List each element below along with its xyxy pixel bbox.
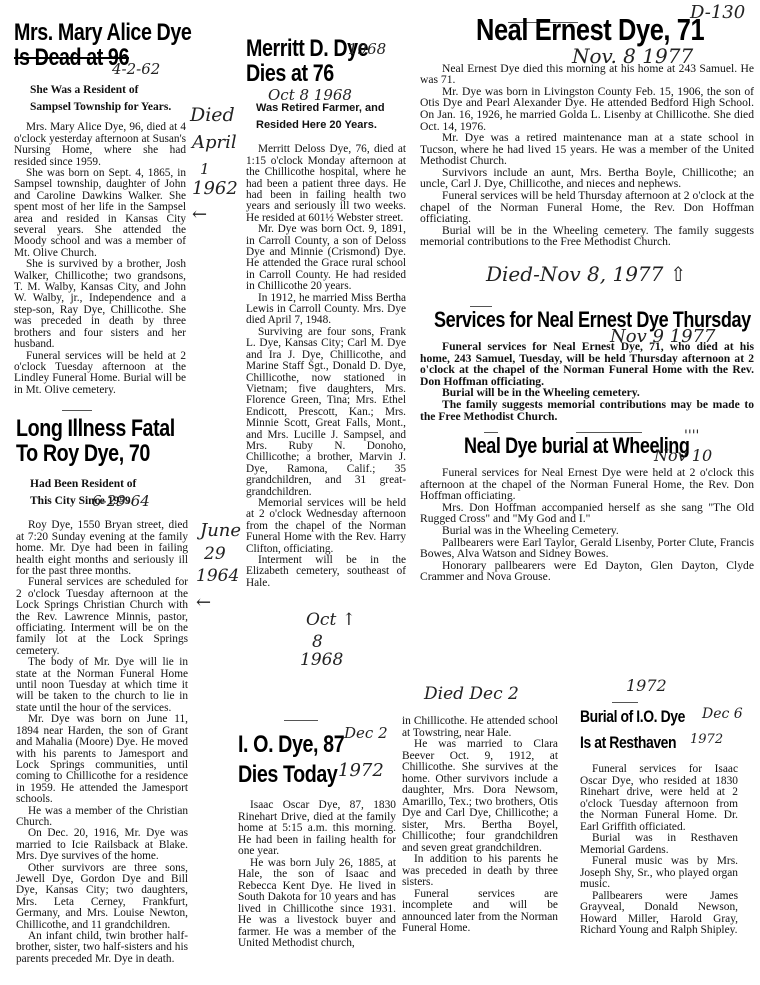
headline: Neal Ernest Dye, 71 [476, 14, 704, 47]
article-body: Funeral services for Isaac Oscar Dye, wh… [580, 764, 738, 937]
article-body: Mrs. Mary Alice Dye, 96, died at 4 o'clo… [14, 122, 186, 396]
handwritten-note: Died Dec 2 [424, 684, 519, 704]
headline: Merritt D. Dye Dies at 76 [246, 36, 361, 86]
article-body: Neal Ernest Dye died this morning at his… [420, 63, 754, 249]
handwritten-note: Dec 6 [702, 706, 743, 722]
handwritten-note: '''' [684, 428, 699, 444]
headline: Long Illness Fatal To Roy Dye, 70 [16, 416, 180, 466]
handwritten-note: 1964 [196, 566, 239, 586]
article-body: in Chillicothe. He attended school at To… [402, 716, 558, 935]
article-body: Merritt Deloss Dye, 76, died at 1:15 o'c… [246, 144, 406, 589]
article-body: Funeral services for Neal Ernest Dye, 71… [420, 341, 754, 422]
handwritten-note: Dec 2 [344, 724, 388, 742]
obituary-merritt-dye: Merritt D. Dye Dies at 76 Was Retired Fa… [246, 36, 406, 589]
handwritten-note: Died [190, 104, 235, 126]
handwritten-note: 1962 [192, 178, 238, 199]
obituary-io-dye-continued: in Chillicothe. He attended school at To… [402, 716, 558, 935]
handwritten-note: 1968 [348, 40, 386, 58]
handwritten-note: 1968 [300, 650, 343, 670]
handwritten-note: Oct ↑ [306, 610, 356, 630]
handwritten-note: Nov 9 1977 [610, 326, 715, 347]
handwritten-note: Nov. 8 1977 [572, 44, 693, 68]
divider [284, 720, 318, 721]
handwritten-note: Oct 8 1968 [268, 86, 352, 104]
divider [62, 410, 92, 411]
article-body: Funeral services for Neal Ernest Dye wer… [420, 467, 754, 583]
article-body: Roy Dye, 1550 Bryan street, died at 7:20… [16, 520, 188, 965]
handwritten-note: 1 [200, 160, 210, 178]
handwritten-note: June [200, 520, 241, 541]
subhead: Was Retired Farmer, and Resided Here 20 … [256, 100, 406, 134]
handwritten-note: April [192, 132, 237, 153]
handwritten-note: 4-2-62 [112, 60, 160, 78]
handwritten-note: 1972 [690, 732, 723, 747]
arrow-left-icon: ← [192, 204, 207, 225]
subhead: She Was a Resident of Sampsel Township f… [30, 82, 186, 116]
handwritten-note: 6-29-64 [92, 492, 150, 510]
arrow-left-icon: ← [196, 592, 211, 613]
handwritten-note: Died-Nov 8, 1977 ⇧ [486, 262, 686, 286]
headline: Burial of I.O. Dye Is at Resthaven [580, 704, 687, 756]
handwritten-note: 1972 [338, 760, 384, 781]
article-body: Isaac Oscar Dye, 87, 1830 Rinehart Drive… [238, 800, 396, 950]
headline: I. O. Dye, 87 Dies Today [238, 730, 353, 790]
handwritten-note: 8 [312, 632, 323, 652]
handwritten-note: 1972 [626, 676, 667, 695]
handwritten-note: 29 [204, 544, 226, 564]
handwritten-note: Nov 10 [654, 446, 712, 465]
divider [612, 702, 638, 703]
